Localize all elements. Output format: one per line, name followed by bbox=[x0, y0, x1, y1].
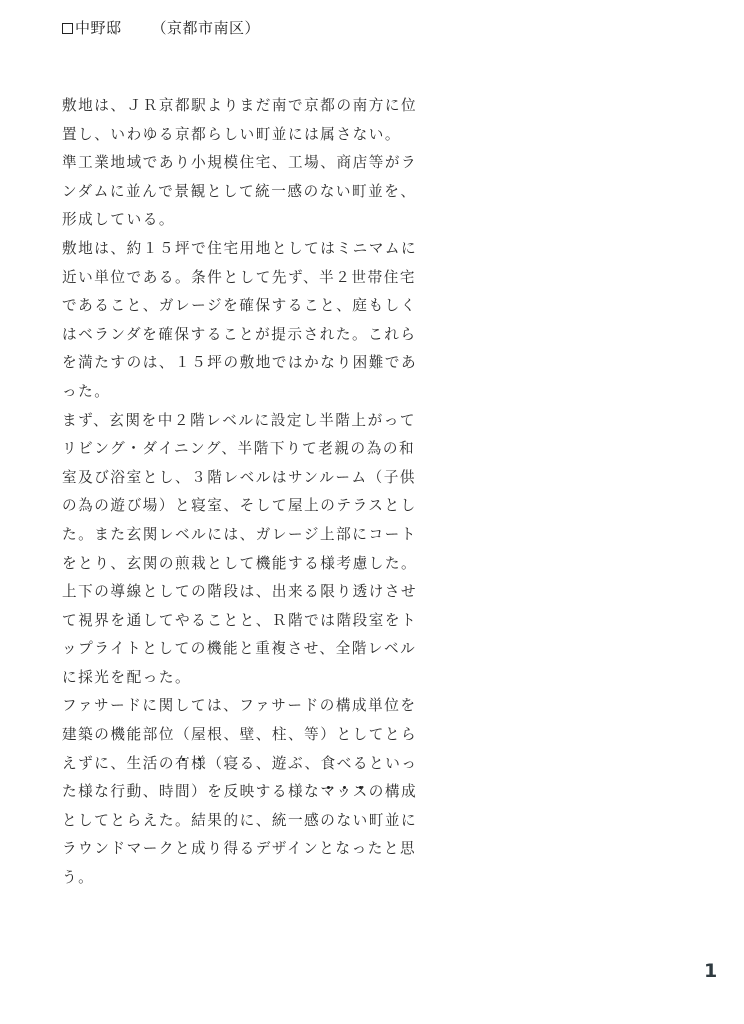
text-line: まず、玄関を中２階レベルに設定し半階上がって bbox=[62, 407, 407, 436]
text-line: をとり、玄関の煎栽として機能する様考慮した。 bbox=[62, 550, 407, 579]
text-line: ップライトとしての機能と重複させ、全階レベル bbox=[62, 635, 407, 664]
text-line: ファサードに関しては、ファサードの構成単位を bbox=[62, 692, 407, 721]
project-location: （京都市南区） bbox=[152, 19, 261, 37]
text-line: 形成している。 bbox=[62, 206, 407, 235]
text-line: 準工業地域であり小規模住宅、工場、商店等がラ bbox=[62, 149, 407, 178]
text-line: 室及び浴室とし、３階レベルはサンルーム（子供 bbox=[62, 464, 407, 493]
text-line: 敷地は、約１５坪で住宅用地としてはミニマムに bbox=[62, 235, 407, 264]
text-line: 敷地は、ＪＲ京都駅よりまだ南で京都の南方に位 bbox=[62, 92, 407, 121]
text-line: としてとらえた。結果的に、統一感のない町並に bbox=[62, 807, 407, 836]
text-line: 建築の機能部位（屋根、壁、柱、等）としてとら bbox=[62, 721, 407, 750]
text-line: 近い単位である。条件として先ず、半２世帯住宅 bbox=[62, 264, 407, 293]
text-line: った。 bbox=[62, 378, 407, 407]
square-bullet-icon bbox=[62, 23, 73, 34]
text-line: ラウンドマークと成り得るデザインとなったと思 bbox=[62, 835, 407, 864]
text-line: 上下の導線としての階段は、出来る限り透けさせ bbox=[62, 578, 407, 607]
emphasis-dot-char: ッ bbox=[336, 783, 352, 800]
emphasis-dot-char: 様 bbox=[191, 755, 207, 772]
text-line: ンダムに並んで景観として統一感のない町並を、 bbox=[62, 178, 407, 207]
page-number: 1 bbox=[704, 960, 717, 982]
text-line: はベランダを確保することが提示された。これら bbox=[62, 321, 407, 350]
text-line: に採光を配った。 bbox=[62, 664, 407, 693]
document-header: 中野邸（京都市南区） bbox=[62, 17, 260, 38]
text-line: を満たすのは、１５坪の敷地ではかなり困難であ bbox=[62, 349, 407, 378]
emphasis-dot-char: マ bbox=[320, 783, 336, 800]
text-line: て視界を通してやることと、Ｒ階では階段室をト bbox=[62, 607, 407, 636]
text-line: 置し、いわゆる京都らしい町並には属さない。 bbox=[62, 121, 407, 150]
text-line: う。 bbox=[62, 864, 407, 893]
text-line: の為の遊び場）と寝室、そして屋上のテラスとし bbox=[62, 492, 407, 521]
project-title: 中野邸 bbox=[75, 19, 122, 37]
text-line-emphasis: た様な行動、時間）を反映する様なマッスの構成 bbox=[62, 778, 407, 807]
text-line: であること、ガレージを確保すること、庭もしく bbox=[62, 292, 407, 321]
emphasis-dot-char: ス bbox=[353, 783, 369, 800]
text-line-emphasis: えずに、生活の有様（寝る、遊ぶ、食べるといっ bbox=[62, 750, 407, 779]
text-line: た。また玄関レベルには、ガレージ上部にコート bbox=[62, 521, 407, 550]
body-text: 敷地は、ＪＲ京都駅よりまだ南で京都の南方に位 置し、いわゆる京都らしい町並には属… bbox=[62, 92, 407, 893]
text-line: リビング・ダイニング、半階下りて老親の為の和 bbox=[62, 435, 407, 464]
emphasis-dot-char: 有 bbox=[175, 755, 191, 772]
